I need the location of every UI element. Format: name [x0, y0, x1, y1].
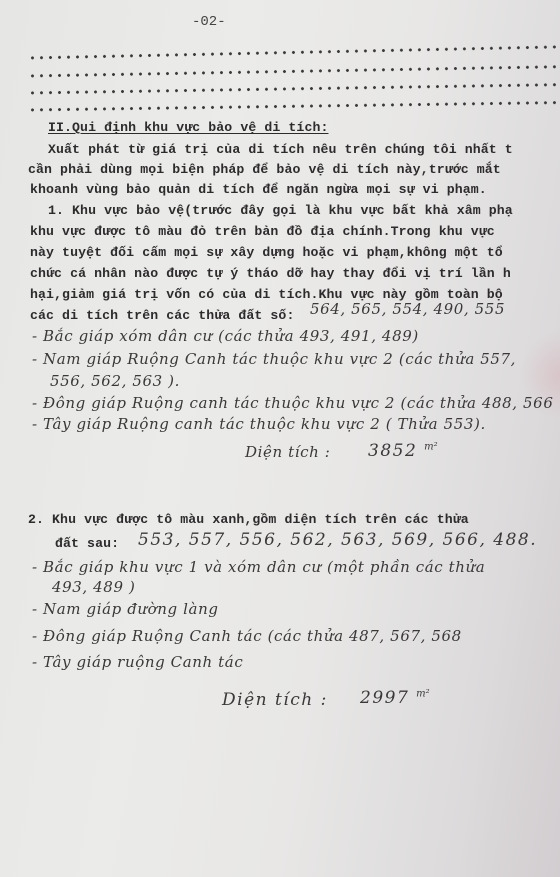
dotted-line [28, 100, 560, 113]
zone2-boundary-north-cont: 493, 489 ) [52, 578, 135, 596]
zone1-area-number: 3852 [368, 441, 417, 461]
zone2-parcels-label: đất sau: [55, 536, 119, 551]
zone1-boundary-west: - Tây giáp Ruộng canh tác thuộc khu vực … [32, 415, 486, 433]
zone1-parcels-label: các di tích trên các thửa đất số: [30, 308, 294, 323]
zone2-area-number: 2997 [360, 688, 409, 708]
zone1-line: chức cá nhân nào được tự ý tháo dỡ hay t… [30, 266, 511, 281]
zone1-area-value: 3852 m² [368, 441, 438, 461]
zone2-boundary-north: - Bắc giáp khu vực 1 và xóm dân cư (một … [32, 558, 485, 576]
page-number: -02- [192, 14, 226, 30]
zone1-line: khu vực được tô màu đỏ trên bản đồ địa c… [30, 224, 495, 239]
zone2-parcels: 553, 557, 556, 562, 563, 569, 566, 488. [138, 530, 537, 550]
dotted-line [28, 64, 560, 79]
zone2-boundary-east: - Đông giáp Ruộng Canh tác (các thửa 487… [32, 627, 462, 645]
intro-line: cần phải dùng mọi biện pháp để bảo vệ di… [28, 162, 501, 177]
zone1-area-label: Diện tích : [245, 443, 330, 461]
zone2-area-label: Diện tích : [222, 690, 328, 710]
zone1-boundary-south: - Nam giáp Ruộng Canh tác thuộc khu vực … [32, 350, 516, 368]
intro-line: khoanh vùng bảo quản di tích để ngăn ngừ… [30, 182, 487, 197]
zone1-line: 1. Khu vực bảo vệ(trước đây gọi là khu v… [48, 203, 513, 218]
zone1-line: này tuyệt đối cấm mọi sự xây dựng hoặc v… [30, 245, 503, 260]
section-heading: II.Qui định khu vực bảo vệ di tích: [48, 120, 328, 135]
zone1-parcels: 564, 565, 554, 490, 555 [310, 300, 505, 318]
zone2-area-value: 2997 m² [360, 688, 430, 708]
zone2-line: 2. Khu vực được tô màu xanh,gồm diện tíc… [28, 512, 469, 527]
zone2-boundary-west: - Tây giáp ruộng Canh tác [32, 653, 243, 671]
dotted-line [28, 44, 560, 61]
zone1-area-unit: m² [424, 441, 438, 452]
zone1-boundary-east: - Đông giáp Ruộng canh tác thuộc khu vực… [32, 394, 553, 412]
zone1-boundary-north: - Bắc giáp xóm dân cư (các thửa 493, 491… [32, 327, 419, 345]
zone1-boundary-south-cont: 556, 562, 563 ). [50, 372, 180, 390]
dotted-line [28, 82, 560, 96]
scanned-document-page: -02- II.Qui định khu vực bảo vệ di tích:… [0, 0, 560, 877]
zone2-area-unit: m² [416, 688, 430, 699]
zone2-boundary-south: - Nam giáp đường làng [32, 600, 219, 618]
intro-line: Xuất phát từ giá trị của di tích nêu trê… [48, 142, 513, 157]
